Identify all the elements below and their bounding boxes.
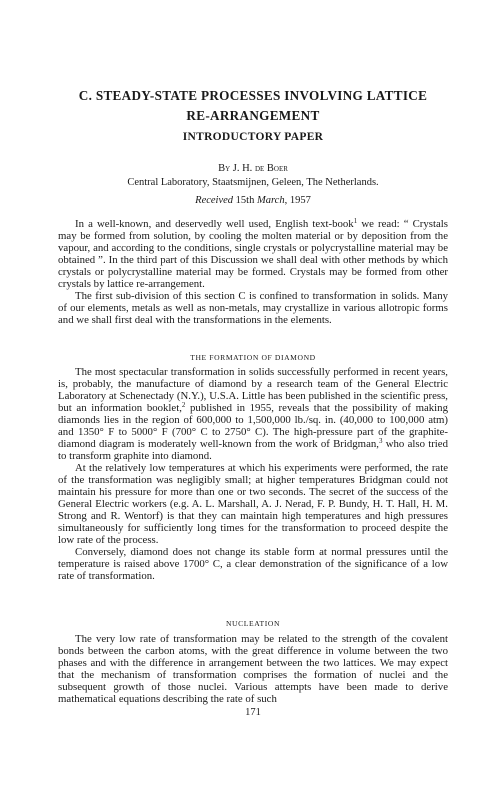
author-initials: J. H. [233,163,253,174]
diamond-section: The most spectacular transformation in s… [58,366,448,582]
author-line: By J. H. de Boer [58,162,448,176]
diamond-paragraph-3: Conversely, diamond does not change its … [58,546,448,582]
paper-subtitle: INTRODUCTORY PAPER [58,131,448,143]
author-particle: de [255,163,264,174]
diamond-paragraph-1: The most spectacular transformation in s… [58,366,448,462]
section-heading-diamond: THE FORMATION OF DIAMOND [58,353,448,362]
received-date: Received 15th March, 1957 [58,195,448,206]
received-label: Received [195,195,233,206]
diamond-paragraph-2: At the relatively low temperatures at wh… [58,462,448,546]
nucleation-section: The very low rate of transformation may … [58,633,448,705]
affiliation: Central Laboratory, Staatsmijnen, Geleen… [58,176,448,190]
title-line-2: RE-ARRANGEMENT [58,106,448,126]
text-run: In a well-known, and deservedly well use… [75,218,354,230]
by-label: By [218,163,230,174]
page-number: 171 [58,707,448,718]
byline: By J. H. de Boer Central Laboratory, Sta… [58,162,448,190]
author-surname: Boer [267,163,288,174]
intro-paragraph-1: In a well-known, and deservedly well use… [58,218,448,290]
nucleation-paragraph-1: The very low rate of transformation may … [58,633,448,705]
received-month: March [257,195,285,206]
title-line-1: C. STEADY-STATE PROCESSES INVOLVING LATT… [58,86,448,106]
received-year: , 1957 [285,195,311,206]
received-day: 15th [236,195,255,206]
intro-section: In a well-known, and deservedly well use… [58,218,448,326]
section-heading-nucleation: NUCLEATION [58,619,448,628]
intro-paragraph-2: The first sub-division of this section C… [58,290,448,326]
paper-title: C. STEADY-STATE PROCESSES INVOLVING LATT… [58,86,448,126]
